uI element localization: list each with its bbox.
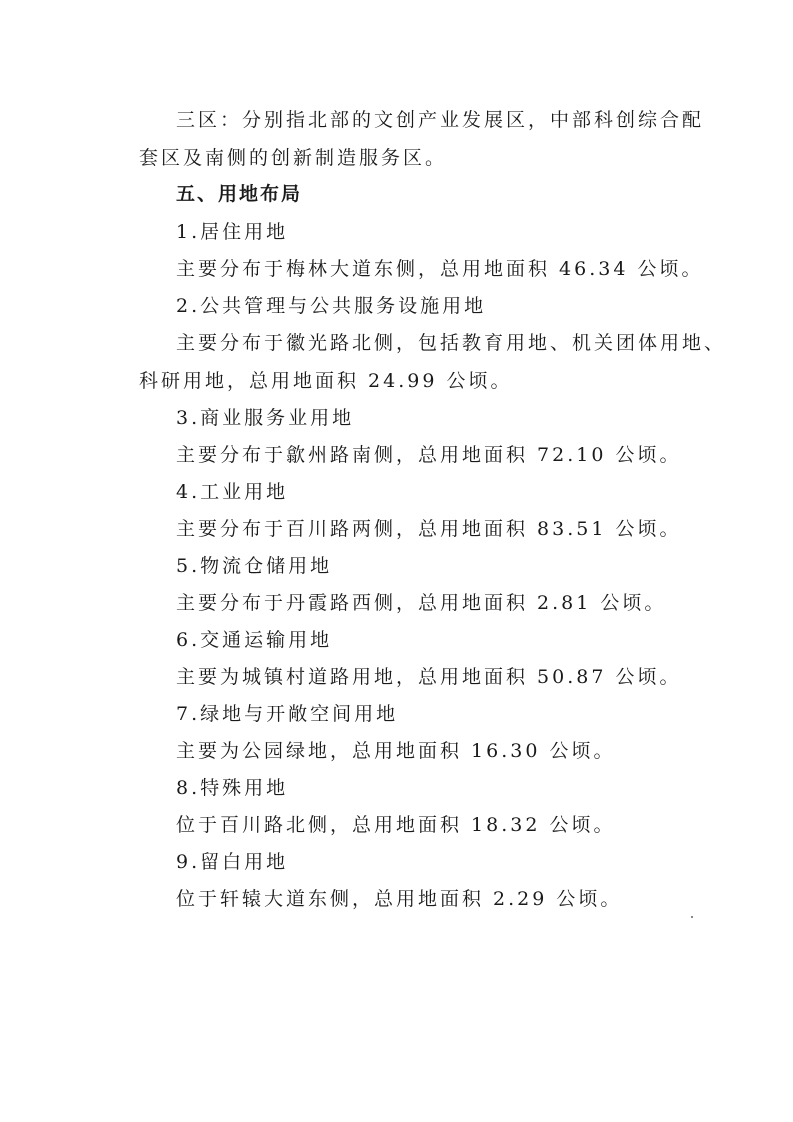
scan-speck: [691, 916, 693, 918]
item-desc-5: 主要分布于丹霞路西侧，总用地面积 2.81 公顷。: [176, 591, 666, 615]
item-title-4: 4.工业用地: [176, 480, 288, 504]
item-title-3: 3.商业服务业用地: [176, 406, 354, 430]
item-desc-8: 位于百川路北侧，总用地面积 18.32 公顷。: [176, 813, 615, 837]
item-desc-7: 主要为公园绿地，总用地面积 16.30 公顷。: [176, 739, 615, 763]
item-title-5: 5.物流仓储用地: [176, 554, 332, 578]
section-heading: 五、用地布局: [176, 182, 302, 206]
intro-paragraph-line1: 三区：分别指北部的文创产业发展区，中部科创综合配: [176, 108, 704, 132]
item-title-1: 1.居住用地: [176, 220, 288, 244]
item-desc-1: 主要分布于梅林大道东侧，总用地面积 46.34 公顷。: [176, 257, 703, 281]
intro-paragraph-line2: 套区及南侧的创新制造服务区。: [139, 146, 447, 170]
item-title-8: 8.特殊用地: [176, 776, 288, 800]
item-desc-9: 位于轩辕大道东侧，总用地面积 2.29 公顷。: [176, 887, 622, 911]
item-desc-4: 主要分布于百川路两侧，总用地面积 83.51 公顷。: [176, 517, 681, 541]
item-title-7: 7.绿地与开敞空间用地: [176, 702, 398, 726]
item-title-2: 2.公共管理与公共服务设施用地: [176, 294, 486, 318]
item-desc-2: 主要分布于徽光路北侧，包括教育用地、机关团体用地、: [176, 331, 726, 355]
item-desc-6: 主要为城镇村道路用地，总用地面积 50.87 公顷。: [176, 665, 681, 689]
item-desc-3: 主要分布于歙州路南侧，总用地面积 72.10 公顷。: [176, 443, 681, 467]
item-title-6: 6.交通运输用地: [176, 628, 332, 652]
document-page: 三区：分别指北部的文创产业发展区，中部科创综合配 套区及南侧的创新制造服务区。 …: [0, 0, 793, 1122]
item-desc-2-cont: 科研用地，总用地面积 24.99 公顷。: [139, 369, 512, 393]
item-title-9: 9.留白用地: [176, 850, 288, 874]
